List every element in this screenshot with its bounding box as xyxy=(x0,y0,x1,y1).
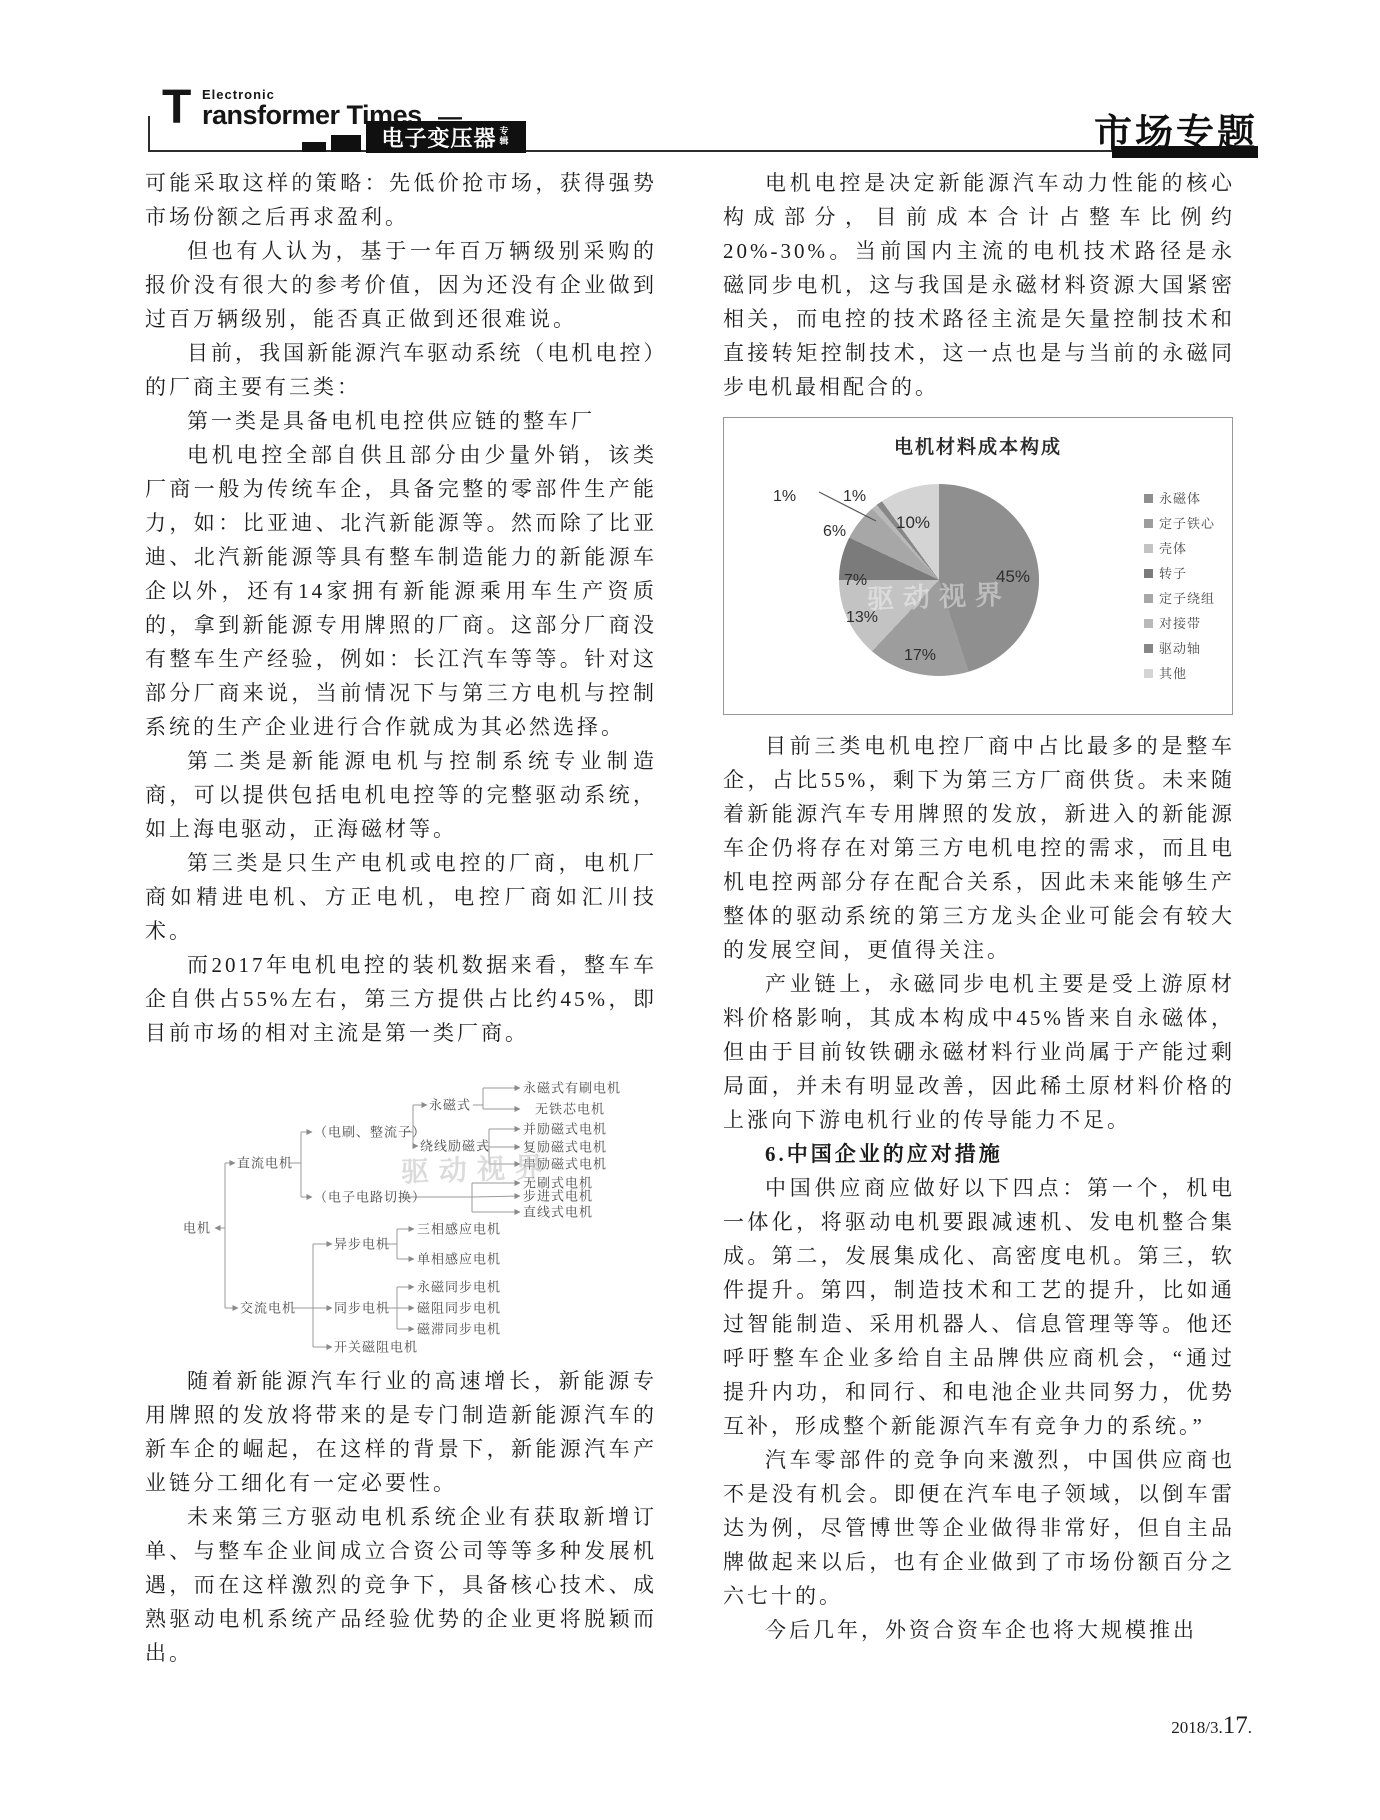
paragraph: 电机电控是决定新能源汽车动力性能的核心构成部分，目前成本合计占整车比例约20%-… xyxy=(723,166,1235,404)
right-column-text-bottom: 中国供应商应做好以下四点：第一个，机电一体化，将驱动电机要跟减速机、发电机整合集… xyxy=(723,1171,1235,1647)
pie-percent-label: 45% xyxy=(996,560,1030,594)
tree-leaf-pm-brush: 永磁式有刷电机 xyxy=(523,1082,621,1095)
footer-dot: . xyxy=(1248,1718,1252,1738)
legend-label: 对接带 xyxy=(1159,617,1201,630)
paragraph: 但也有人认为，基于一年百万辆级别采购的报价没有很大的参考价值，因为还没有企业做到… xyxy=(145,234,657,336)
paragraph: 可能采取这样的策略：先低价抢市场，获得强势市场份额之后再求盈利。 xyxy=(145,166,657,234)
pie-percent-label: 6% xyxy=(823,515,846,549)
legend-marker xyxy=(1144,544,1153,553)
motor-classification-diagram: 电机 直流电机 交流电机 （电刷、整流子） （电子电路切换） 永磁式 绕线励磁式… xyxy=(145,1060,665,1362)
tree-node-sync: 同步电机 xyxy=(334,1302,390,1315)
legend-marker xyxy=(1144,669,1153,678)
header-black-bar xyxy=(1112,146,1258,158)
tree-node-electronic: （电子电路切换） xyxy=(314,1191,426,1204)
left-column: 可能采取这样的策略：先低价抢市场，获得强势市场份额之后再求盈利。但也有人认为，基… xyxy=(145,166,657,1670)
right-column: 电机电控是决定新能源汽车动力性能的核心构成部分，目前成本合计占整车比例约20%-… xyxy=(723,166,1235,1647)
section-heading: 6.中国企业的应对措施 xyxy=(723,1137,1235,1171)
pie-percent-label: 13% xyxy=(846,601,878,635)
paragraph: 目前三类电机电控厂商中占比最多的是整车企，占比55%，剩下为第三方厂商供货。未来… xyxy=(723,729,1235,967)
left-column-text-bottom: 随着新能源汽车行业的高速增长，新能源专用牌照的发放将带来的是专门制造新能源汽车的… xyxy=(145,1364,657,1670)
tree-leaf-pm-sync: 永磁同步电机 xyxy=(417,1281,501,1294)
tree-node-dc: 直流电机 xyxy=(237,1157,293,1170)
tree-node-pm: 永磁式 xyxy=(429,1099,471,1112)
tree-leaf-three-phase: 三相感应电机 xyxy=(417,1223,501,1236)
footer-page-number: 17 xyxy=(1223,1712,1248,1740)
legend-item: 定子绕组 xyxy=(1144,586,1215,611)
left-column-text-top: 可能采取这样的策略：先低价抢市场，获得强势市场份额之后再求盈利。但也有人认为，基… xyxy=(145,166,657,1050)
magazine-page: T Electronic ransformer Times — 电子变压器 专辑… xyxy=(0,0,1380,1820)
pie-percent-label: 10% xyxy=(896,506,930,540)
paragraph: 中国供应商应做好以下四点：第一个，机电一体化，将驱动电机要跟减速机、发电机整合集… xyxy=(723,1171,1235,1443)
tree-leaf-hysteresis-sync: 磁滞同步电机 xyxy=(417,1323,501,1336)
paragraph: 汽车零部件的竞争向来激烈，中国供应商也不是没有机会。即便在汽车电子领域，以倒车雷… xyxy=(723,1443,1235,1613)
legend-marker xyxy=(1144,619,1153,628)
legend-marker xyxy=(1144,494,1153,503)
paragraph: 第三类是只生产电机或电控的厂商，电机厂商如精进电机、方正电机，电控厂商如汇川技术… xyxy=(145,846,657,948)
series-badge: 电子变压器 专辑 xyxy=(366,121,526,153)
footer-date: 2018/3. xyxy=(1171,1718,1222,1738)
legend-item: 转子 xyxy=(1144,561,1215,586)
right-column-text-top: 电机电控是决定新能源汽车动力性能的核心构成部分，目前成本合计占整车比例约20%-… xyxy=(723,166,1235,404)
paragraph: 今后几年，外资合资车企也将大规模推出 xyxy=(723,1613,1235,1647)
legend-marker xyxy=(1144,569,1153,578)
legend-label: 定子铁心 xyxy=(1159,517,1215,530)
tree-node-ac: 交流电机 xyxy=(240,1302,296,1315)
legend-item: 壳体 xyxy=(1144,536,1215,561)
badge-step-block xyxy=(331,135,361,152)
tree-node-root: 电机 xyxy=(183,1222,211,1235)
paragraph: 目前，我国新能源汽车驱动系统（电机电控）的厂商主要有三类： xyxy=(145,336,657,404)
tree-leaf-shunt: 并励磁式电机 xyxy=(523,1123,607,1136)
tree-node-brush: （电刷、整流子） xyxy=(314,1126,426,1139)
legend-item: 驱动轴 xyxy=(1144,636,1215,661)
pie-percent-label: 1% xyxy=(773,480,796,514)
tree-leaf-stepper: 步进式电机 xyxy=(523,1190,593,1203)
page-footer: 2018/3. 17 . xyxy=(1171,1712,1252,1740)
legend-marker xyxy=(1144,519,1153,528)
tree-leaf-linear: 直线式电机 xyxy=(523,1206,593,1219)
header-rule-vertical xyxy=(148,116,150,152)
legend-marker xyxy=(1144,594,1153,603)
tree-node-wound: 绕线励磁式 xyxy=(420,1140,490,1153)
legend-label: 驱动轴 xyxy=(1159,642,1201,655)
legend-label: 永磁体 xyxy=(1159,492,1201,505)
legend-label: 转子 xyxy=(1159,567,1187,580)
pie-percent-label: 1% xyxy=(843,480,866,514)
legend-label: 其他 xyxy=(1159,667,1187,680)
paragraph: 未来第三方驱动电机系统企业有获取新增订单、与整车企业间成立合资公司等等多种发展机… xyxy=(145,1500,657,1670)
legend-item: 其他 xyxy=(1144,661,1215,686)
paragraph: 第一类是具备电机电控供应链的整车厂 xyxy=(145,404,657,438)
paragraph: 电机电控全部自供且部分由少量外销，该类厂商一般为传统车企，具备完整的零部件生产能… xyxy=(145,438,657,744)
legend-label: 壳体 xyxy=(1159,542,1187,555)
pie-percent-label: 7% xyxy=(844,564,867,598)
tree-leaf-single-phase: 单相感应电机 xyxy=(417,1253,501,1266)
header-rule-horizontal xyxy=(148,150,1113,152)
tree-node-async: 异步电机 xyxy=(334,1238,390,1251)
tree-leaf-reluctance-sync: 磁阻同步电机 xyxy=(417,1302,501,1315)
legend-label: 定子绕组 xyxy=(1159,592,1215,605)
paragraph: 而2017年电机电控的装机数据来看，整车车企自供占55%左右，第三方提供占比约4… xyxy=(145,948,657,1050)
legend-item: 定子铁心 xyxy=(1144,511,1215,536)
pie-percent-label: 17% xyxy=(904,639,936,673)
legend-marker xyxy=(1144,644,1153,653)
right-column-text-middle: 目前三类电机电控厂商中占比最多的是整车企，占比55%，剩下为第三方厂商供货。未来… xyxy=(723,729,1235,1137)
pie-chart-figure: 电机材料成本构成 45% 17% 13% 7% 6% 1% 1% 10% 驱动视… xyxy=(723,417,1233,715)
paragraph: 随着新能源汽车行业的高速增长，新能源专用牌照的发放将带来的是专门制造新能源汽车的… xyxy=(145,1364,657,1500)
legend-item: 对接带 xyxy=(1144,611,1215,636)
paragraph: 产业链上，永磁同步电机主要是受上游原材料价格影响，其成本构成中45%皆来自永磁体… xyxy=(723,967,1235,1137)
paragraph: 第二类是新能源电机与控制系统专业制造商，可以提供包括电机电控等的完整驱动系统，如… xyxy=(145,744,657,846)
badge-title: 电子变压器 xyxy=(381,122,496,153)
badge-subtitle: 专辑 xyxy=(500,127,511,147)
pie-legend: 永磁体定子铁心壳体转子定子绕组对接带驱动轴其他 xyxy=(1144,486,1215,686)
badge-step-block xyxy=(302,142,326,152)
tree-leaf-compound: 复励磁式电机 xyxy=(523,1141,607,1154)
tree-leaf-coreless: 无铁芯电机 xyxy=(535,1103,605,1116)
legend-item: 永磁体 xyxy=(1144,486,1215,511)
logo-letter-t: T xyxy=(162,84,191,132)
tree-node-switched-reluctance: 开关磁阻电机 xyxy=(334,1341,418,1354)
tree-leaf-series: 串励磁式电机 xyxy=(523,1158,607,1171)
